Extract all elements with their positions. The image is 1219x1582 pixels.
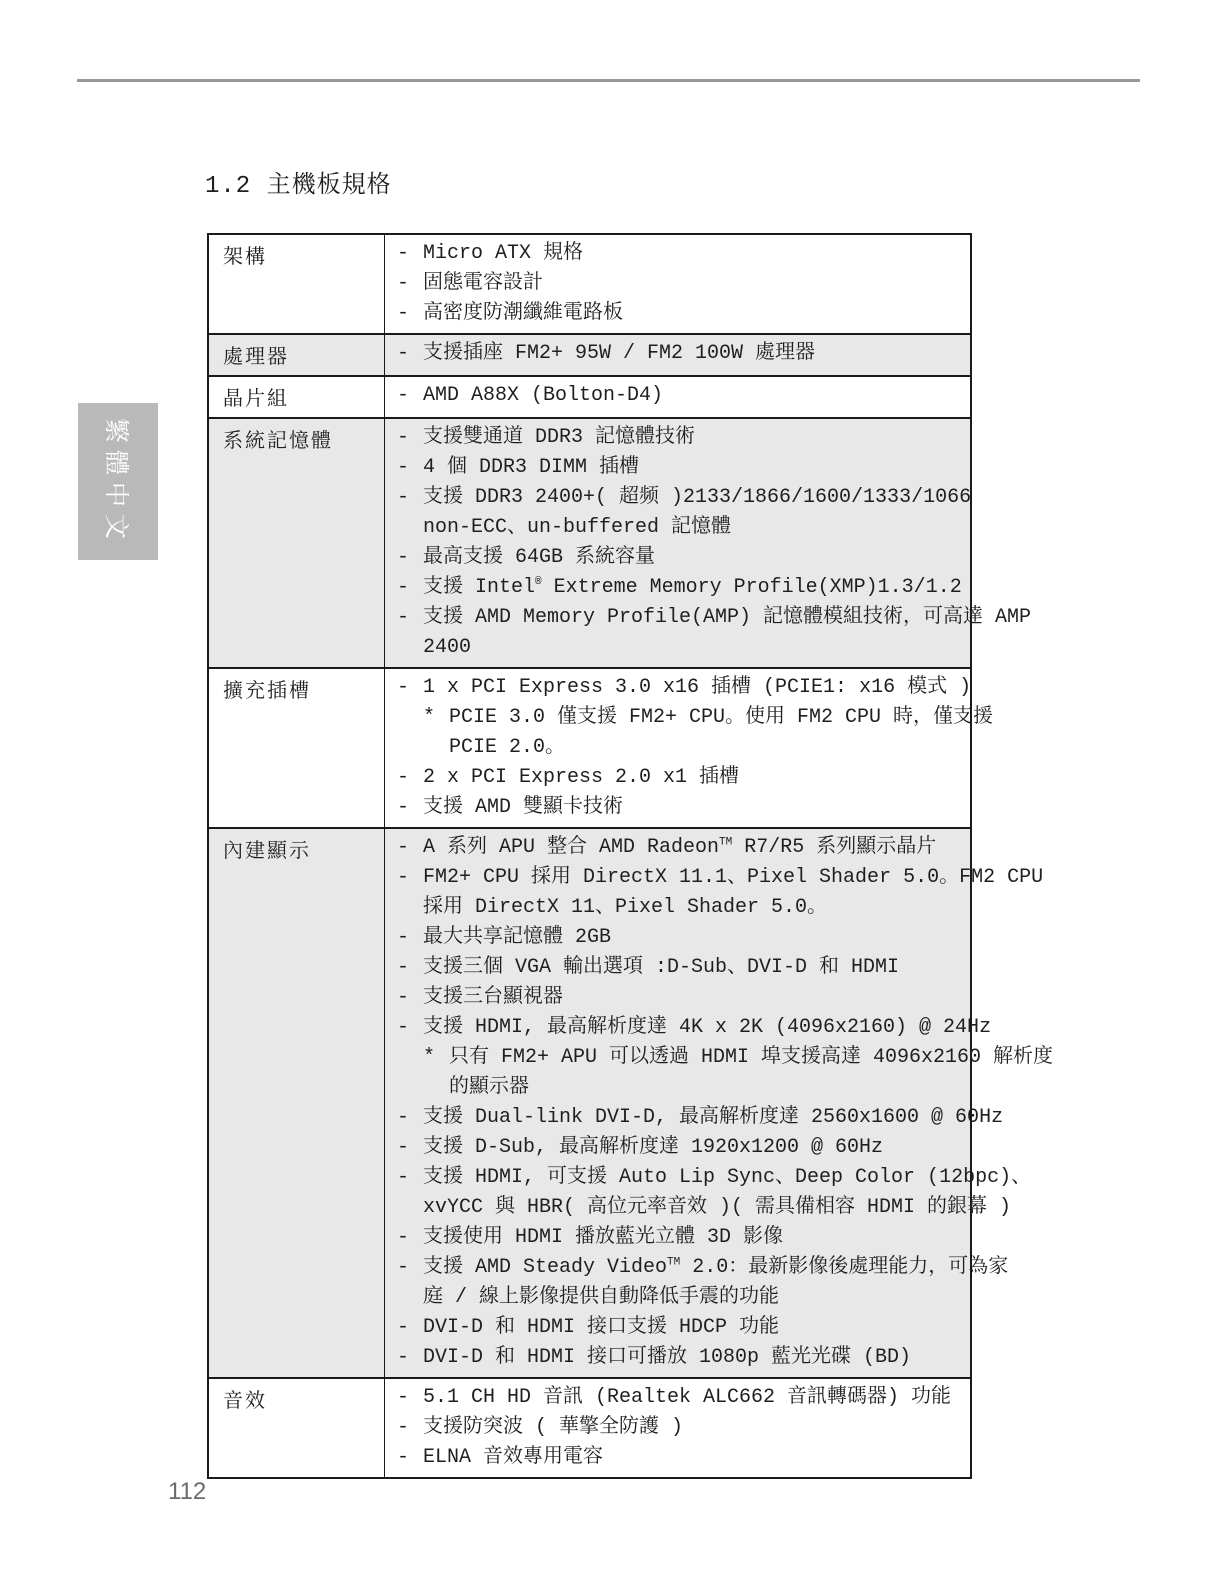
line-text: xvYCC 與 HBR( 高位元率音效 )( 需具備相容 HDMI 的銀幕 ) (423, 1193, 1011, 1223)
line-marker: - (397, 793, 423, 823)
line-text: 支援 AMD Steady VideoTM 2.0：最新影像後處理能力，可為家 (423, 1253, 1008, 1283)
line-text: PCIE 3.0 僅支援 FM2+ CPU。使用 FM2 CPU 時，僅支援 (449, 703, 993, 733)
line-marker: - (397, 381, 423, 411)
spec-line: -AMD A88X (Bolton-D4) (397, 381, 970, 411)
spec-line: -支援 DDR3 2400+( 超频 )2133/1866/1600/1333/… (397, 483, 970, 513)
language-tab-label: 繁體中文 (100, 417, 136, 545)
top-rule-divider (77, 79, 1140, 82)
spec-line: -支援 AMD Memory Profile(AMP) 記憶體模組技術，可高達 … (397, 603, 970, 633)
line-marker: - (397, 1343, 423, 1373)
spec-line: *PCIE 3.0 僅支援 FM2+ CPU。使用 FM2 CPU 時，僅支援 (397, 703, 970, 733)
spec-label: 擴充插槽 (209, 669, 385, 827)
line-marker: - (397, 1253, 423, 1283)
spec-line: 2400 (397, 633, 970, 663)
line-marker: - (397, 1223, 423, 1253)
spec-line: -最高支援 64GB 系統容量 (397, 543, 970, 573)
spec-line: 採用 DirectX 11、Pixel Shader 5.0。 (397, 893, 970, 923)
spec-line: -5.1 CH HD 音訊 (Realtek ALC662 音訊轉碼器) 功能 (397, 1383, 970, 1413)
line-text: non-ECC、un-buffered 記憶體 (423, 513, 731, 543)
spec-line: -支援 HDMI, 可支援 Auto Lip Sync、Deep Color (… (397, 1163, 970, 1193)
table-row: 擴充插槽 -1 x PCI Express 3.0 x16 插槽 (PCIE1:… (209, 669, 970, 829)
line-text: 5.1 CH HD 音訊 (Realtek ALC662 音訊轉碼器) 功能 (423, 1383, 951, 1413)
line-text: 最高支援 64GB 系統容量 (423, 543, 655, 573)
spec-line: PCIE 2.0。 (397, 733, 970, 763)
spec-line: -支援三個 VGA 輸出選項 :D-Sub、DVI-D 和 HDMI (397, 953, 970, 983)
spec-line: xvYCC 與 HBR( 高位元率音效 )( 需具備相容 HDMI 的銀幕 ) (397, 1193, 970, 1223)
line-text: 支援三台顯視器 (423, 983, 563, 1013)
spec-label: 內建顯示 (209, 829, 385, 1377)
line-text: 庭 / 線上影像提供自動降低手震的功能 (423, 1283, 779, 1313)
line-marker: - (397, 923, 423, 953)
spec-line: -支援使用 HDMI 播放藍光立體 3D 影像 (397, 1223, 970, 1253)
spec-lines: -A 系列 APU 整合 AMD RadeonTM R7/R5 系列顯示晶片-F… (385, 829, 970, 1377)
spec-line: -支援 Dual-link DVI-D, 最高解析度達 2560x1600 @ … (397, 1103, 970, 1133)
table-row: 架構 -Micro ATX 規格-固態電容設計-高密度防潮纖維電路板 (209, 235, 970, 335)
spec-lines: -5.1 CH HD 音訊 (Realtek ALC662 音訊轉碼器) 功能-… (385, 1379, 970, 1477)
line-marker: - (397, 603, 423, 633)
manual-page: 繁體中文 1.2 主機板規格 架構 -Micro ATX 規格-固態電容設計-高… (0, 0, 1219, 1582)
line-text: 固態電容設計 (423, 269, 543, 299)
line-marker: - (397, 299, 423, 329)
line-text: 支援 D-Sub, 最高解析度達 1920x1200 @ 60Hz (423, 1133, 883, 1163)
line-marker: - (397, 239, 423, 269)
spec-line: -支援插座 FM2+ 95W / FM2 100W 處理器 (397, 339, 970, 369)
line-marker (423, 1073, 449, 1103)
spec-line: *只有 FM2+ APU 可以透過 HDMI 埠支援高達 4096x2160 解… (397, 1043, 970, 1073)
table-row: 系統記憶體 -支援雙通道 DDR3 記憶體技術-4 個 DDR3 DIMM 插槽… (209, 419, 970, 669)
line-text: 支援插座 FM2+ 95W / FM2 100W 處理器 (423, 339, 815, 369)
spec-line: -最大共享記憶體 2GB (397, 923, 970, 953)
line-text: 的顯示器 (449, 1073, 529, 1103)
line-text: 高密度防潮纖維電路板 (423, 299, 623, 329)
line-text: AMD A88X (Bolton-D4) (423, 381, 663, 411)
line-marker: - (397, 453, 423, 483)
line-marker: - (397, 1313, 423, 1343)
line-marker: - (397, 863, 423, 893)
line-text: 支援 AMD Memory Profile(AMP) 記憶體模組技術，可高達 A… (423, 603, 1031, 633)
line-marker: - (397, 983, 423, 1013)
line-marker: - (397, 1163, 423, 1193)
line-text: 支援三個 VGA 輸出選項 :D-Sub、DVI-D 和 HDMI (423, 953, 899, 983)
spec-line: -支援三台顯視器 (397, 983, 970, 1013)
spec-line: 庭 / 線上影像提供自動降低手震的功能 (397, 1283, 970, 1313)
line-marker (397, 893, 423, 923)
spec-lines: -AMD A88X (Bolton-D4) (385, 377, 970, 417)
line-text: Micro ATX 規格 (423, 239, 583, 269)
spec-line: -支援 D-Sub, 最高解析度達 1920x1200 @ 60Hz (397, 1133, 970, 1163)
line-text: 支援防突波 ( 華擎全防護 ) (423, 1413, 683, 1443)
spec-table: 架構 -Micro ATX 規格-固態電容設計-高密度防潮纖維電路板 處理器 -… (207, 233, 972, 1479)
line-marker: - (397, 1103, 423, 1133)
line-marker: - (397, 1013, 423, 1043)
line-text: 支援使用 HDMI 播放藍光立體 3D 影像 (423, 1223, 783, 1253)
spec-label: 架構 (209, 235, 385, 333)
spec-lines: -支援雙通道 DDR3 記憶體技術-4 個 DDR3 DIMM 插槽-支援 DD… (385, 419, 970, 667)
line-marker: - (397, 339, 423, 369)
line-marker: - (397, 1413, 423, 1443)
spec-line: -支援雙通道 DDR3 記憶體技術 (397, 423, 970, 453)
spec-label: 音效 (209, 1379, 385, 1477)
line-marker: * (423, 703, 449, 733)
spec-line: -2 x PCI Express 2.0 x1 插槽 (397, 763, 970, 793)
line-marker: - (397, 953, 423, 983)
line-marker: - (397, 423, 423, 453)
spec-line: -DVI-D 和 HDMI 接口可播放 1080p 藍光光碟 (BD) (397, 1343, 970, 1373)
spec-line: -高密度防潮纖維電路板 (397, 299, 970, 329)
line-text: 支援 Dual-link DVI-D, 最高解析度達 2560x1600 @ 6… (423, 1103, 1003, 1133)
line-text: 支援 HDMI, 可支援 Auto Lip Sync、Deep Color (1… (423, 1163, 1031, 1193)
spec-line: -支援 AMD 雙顯卡技術 (397, 793, 970, 823)
table-row: 內建顯示 -A 系列 APU 整合 AMD RadeonTM R7/R5 系列顯… (209, 829, 970, 1379)
spec-line: -4 個 DDR3 DIMM 插槽 (397, 453, 970, 483)
spec-line: -FM2+ CPU 採用 DirectX 11.1、Pixel Shader 5… (397, 863, 970, 893)
spec-label: 晶片組 (209, 377, 385, 417)
line-marker: - (397, 573, 423, 603)
spec-lines: -1 x PCI Express 3.0 x16 插槽 (PCIE1: x16 … (385, 669, 970, 827)
spec-line: -A 系列 APU 整合 AMD RadeonTM R7/R5 系列顯示晶片 (397, 833, 970, 863)
spec-line: -支援 Intel® Extreme Memory Profile(XMP)1.… (397, 573, 970, 603)
line-text: 支援 HDMI, 最高解析度達 4K x 2K (4096x2160) @ 24… (423, 1013, 991, 1043)
line-text: DVI-D 和 HDMI 接口可播放 1080p 藍光光碟 (BD) (423, 1343, 911, 1373)
spec-line: -固態電容設計 (397, 269, 970, 299)
spec-label: 系統記憶體 (209, 419, 385, 667)
line-text: 採用 DirectX 11、Pixel Shader 5.0。 (423, 893, 827, 923)
line-marker: - (397, 269, 423, 299)
line-marker (397, 1193, 423, 1223)
line-text: 支援 Intel® Extreme Memory Profile(XMP)1.3… (423, 573, 962, 603)
spec-lines: -支援插座 FM2+ 95W / FM2 100W 處理器 (385, 335, 970, 375)
line-marker: - (397, 543, 423, 573)
spec-lines: -Micro ATX 規格-固態電容設計-高密度防潮纖維電路板 (385, 235, 970, 333)
line-marker: - (397, 673, 423, 703)
spec-line: -支援 HDMI, 最高解析度達 4K x 2K (4096x2160) @ 2… (397, 1013, 970, 1043)
line-text: 4 個 DDR3 DIMM 插槽 (423, 453, 639, 483)
line-text: FM2+ CPU 採用 DirectX 11.1、Pixel Shader 5.… (423, 863, 1043, 893)
spec-line: 的顯示器 (397, 1073, 970, 1103)
line-marker: * (423, 1043, 449, 1073)
line-text: PCIE 2.0。 (449, 733, 565, 763)
line-marker: - (397, 1443, 423, 1473)
spec-label: 處理器 (209, 335, 385, 375)
line-text: 只有 FM2+ APU 可以透過 HDMI 埠支援高達 4096x2160 解析… (449, 1043, 1053, 1073)
line-text: ELNA 音效專用電容 (423, 1443, 603, 1473)
line-text: 支援雙通道 DDR3 記憶體技術 (423, 423, 695, 453)
line-text: DVI-D 和 HDMI 接口支援 HDCP 功能 (423, 1313, 779, 1343)
line-text: 支援 AMD 雙顯卡技術 (423, 793, 623, 823)
spec-line: -Micro ATX 規格 (397, 239, 970, 269)
table-row: 音效 -5.1 CH HD 音訊 (Realtek ALC662 音訊轉碼器) … (209, 1379, 970, 1477)
spec-line: -DVI-D 和 HDMI 接口支援 HDCP 功能 (397, 1313, 970, 1343)
spec-line: -支援防突波 ( 華擎全防護 ) (397, 1413, 970, 1443)
table-row: 處理器 -支援插座 FM2+ 95W / FM2 100W 處理器 (209, 335, 970, 377)
spec-line: non-ECC、un-buffered 記憶體 (397, 513, 970, 543)
line-marker: - (397, 1383, 423, 1413)
line-marker: - (397, 483, 423, 513)
line-marker: - (397, 763, 423, 793)
line-marker: - (397, 1133, 423, 1163)
line-marker (397, 633, 423, 663)
line-marker (397, 513, 423, 543)
line-text: 2400 (423, 633, 471, 663)
line-text: 2 x PCI Express 2.0 x1 插槽 (423, 763, 739, 793)
line-marker (423, 733, 449, 763)
line-marker (397, 1283, 423, 1313)
spec-line: -ELNA 音效專用電容 (397, 1443, 970, 1473)
line-marker: - (397, 833, 423, 863)
language-tab: 繁體中文 (78, 403, 158, 560)
page-number: 112 (168, 1478, 206, 1506)
line-text: 最大共享記憶體 2GB (423, 923, 611, 953)
spec-line: -1 x PCI Express 3.0 x16 插槽 (PCIE1: x16 … (397, 673, 970, 703)
line-text: A 系列 APU 整合 AMD RadeonTM R7/R5 系列顯示晶片 (423, 833, 936, 863)
line-text: 支援 DDR3 2400+( 超频 )2133/1866/1600/1333/1… (423, 483, 971, 513)
spec-line: -支援 AMD Steady VideoTM 2.0：最新影像後處理能力，可為家 (397, 1253, 970, 1283)
page-title: 1.2 主機板規格 (205, 164, 392, 200)
table-row: 晶片組 -AMD A88X (Bolton-D4) (209, 377, 970, 419)
line-text: 1 x PCI Express 3.0 x16 插槽 (PCIE1: x16 模… (423, 673, 971, 703)
